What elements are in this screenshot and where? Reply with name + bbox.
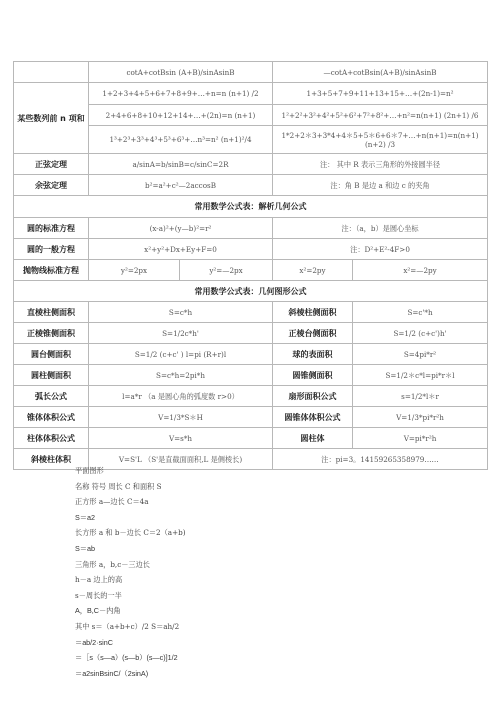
row-label: 弧长公式 <box>14 386 89 407</box>
formula-cell: V=1/3*pi*r²h <box>353 407 488 428</box>
row-label: 扇形面积公式 <box>273 386 353 407</box>
formula-cell: x²+y²+Dx+Ey+F=0 <box>89 239 273 260</box>
formula-cell: 1²+2²+3²+4²+5²+6²+7²+8²+…+n²=n(n+1) (2n+… <box>273 105 488 126</box>
note-cell: 注：（a，b）是圆心坐标 <box>273 218 488 239</box>
formula-cell: l=a*r （a 是圆心角的弧度数 r>0） <box>89 386 273 407</box>
row-label: 圆的一般方程 <box>14 239 89 260</box>
notes-line: 平面图形 <box>75 463 186 479</box>
note-cell: 注：pi=3。14159265358979…… <box>273 449 488 470</box>
table-row: 柱体体积公式 V=s*h 圆柱体 V=pi*r²h <box>14 428 488 449</box>
formula-table: cotA+cotBsin (A+B)/sinAsinB —cotA+cotBsi… <box>13 61 488 470</box>
section-title: 常用数学公式表：几何图形公式 <box>14 281 488 302</box>
formula-cell: V=pi*r²h <box>353 428 488 449</box>
row-label: 圆锥体体积公式 <box>273 407 353 428</box>
formula-cell: 1+3+5+7+9+11+13+15+…+(2n-1)=n² <box>273 83 488 105</box>
formula-cell: 1+2+3+4+5+6+7+8+9+…+n=n (n+1) /2 <box>89 83 273 105</box>
row-label: 正棱台侧面积 <box>273 323 353 344</box>
formula-cell: S=1/2c*h' <box>89 323 273 344</box>
section-header-row: 常用数学公式表：几何图形公式 <box>14 281 488 302</box>
row-label: 某些数列前 n 项和 <box>14 83 89 154</box>
formula-cell: b²=a²+c²—2accosB <box>89 175 273 196</box>
notes-line: 其中 s＝（a+b+c）/2 S＝ah/2 <box>75 619 186 635</box>
notes-line: 三角形 a，b,c－三边长 <box>75 557 186 573</box>
formula-cell: y²=—2px <box>180 260 273 281</box>
notes-line: s－周长的一半 <box>75 588 186 604</box>
notes-line: ＝ab/2·sinC <box>75 635 186 651</box>
row-label: 柱体体积公式 <box>14 428 89 449</box>
row-label: 正弦定理 <box>14 154 89 175</box>
formula-cell: 2+4+6+8+10+12+14+…+(2n)=n (n+1) <box>89 105 273 126</box>
formula-cell: S=c*h <box>89 302 273 323</box>
notes-line: ＝［s（s—a）(s—b）(s—c)]1/2 <box>75 650 186 666</box>
table-row: cotA+cotBsin (A+B)/sinAsinB —cotA+cotBsi… <box>14 62 488 83</box>
notes-line: A，B,C－内角 <box>75 603 186 619</box>
formula-cell: S=1/2 (c+c')h' <box>353 323 488 344</box>
formula-cell: V=1/3*S＊H <box>89 407 273 428</box>
note-cell: 注：角 B 是边 a 和边 c 的夹角 <box>273 175 488 196</box>
formula-cell: —cotA+cotBsin(A+B)/sinAsinB <box>273 62 488 83</box>
table-row: 某些数列前 n 项和 1+2+3+4+5+6+7+8+9+…+n=n (n+1)… <box>14 83 488 105</box>
formula-cell: S=c'*h <box>353 302 488 323</box>
formula-cell: y²=2px <box>89 260 180 281</box>
table-row: 圆的标准方程 (x-a)²+(y—b)²=r² 注：（a，b）是圆心坐标 <box>14 218 488 239</box>
row-label: 直棱柱侧面积 <box>14 302 89 323</box>
row-label: 正棱锥侧面积 <box>14 323 89 344</box>
notes-line: h－a 边上的高 <box>75 572 186 588</box>
table-row: 锥体体积公式 V=1/3*S＊H 圆锥体体积公式 V=1/3*pi*r²h <box>14 407 488 428</box>
formula-cell: s=1/2*l＊r <box>353 386 488 407</box>
table-row: 正弦定理 a/sinA=b/sinB=c/sinC=2R 注： 其中 R 表示三… <box>14 154 488 175</box>
table-row: 抛物线标准方程 y²=2px y²=—2px x²=2py x²=—2py <box>14 260 488 281</box>
formula-cell: S=4pi*r² <box>353 344 488 365</box>
formula-cell: x²=—2py <box>353 260 488 281</box>
section-title: 常用数学公式表：解析几何公式 <box>14 196 488 218</box>
formula-cell: S=1/2＊c*l=pi*r＊l <box>353 365 488 386</box>
table-row: 圆的一般方程 x²+y²+Dx+Ey+F=0 注：D²+E²-4F>0 <box>14 239 488 260</box>
notes-line: S＝ab <box>75 541 186 557</box>
notes-line: 长方形 a 和 b－边长 C＝2（a+b) <box>75 525 186 541</box>
row-label: 圆台侧面积 <box>14 344 89 365</box>
table-row: 圆柱侧面积 S=c*h=2pi*h 圆锥侧面积 S=1/2＊c*l=pi*r＊l <box>14 365 488 386</box>
row-label: 抛物线标准方程 <box>14 260 89 281</box>
table-row: 弧长公式 l=a*r （a 是圆心角的弧度数 r>0） 扇形面积公式 s=1/2… <box>14 386 488 407</box>
formula-cell: x²=2py <box>273 260 353 281</box>
formula-cell: a/sinA=b/sinB=c/sinC=2R <box>89 154 273 175</box>
formula-cell: 1*2+2＊3+3*4+4＊5+5＊6+6＊7+…+n(n+1)=n(n+1)(… <box>273 126 488 154</box>
row-label: 圆锥侧面积 <box>273 365 353 386</box>
row-label: 球的表面积 <box>273 344 353 365</box>
formula-cell: cotA+cotBsin (A+B)/sinAsinB <box>89 62 273 83</box>
note-cell: 注：D²+E²-4F>0 <box>273 239 488 260</box>
table-row: 直棱柱侧面积 S=c*h 斜棱柱侧面积 S=c'*h <box>14 302 488 323</box>
note-cell: 注： 其中 R 表示三角形的外接圆半径 <box>273 154 488 175</box>
section-header-row: 常用数学公式表：解析几何公式 <box>14 196 488 218</box>
formula-cell: 1³+2³+3³+4³+5³+6³+…n³=n² (n+1)²/4 <box>89 126 273 154</box>
row-label: 斜棱柱侧面积 <box>273 302 353 323</box>
table-row: 圆台侧面积 S=1/2 (c+c' ) l=pi (R+r)l 球的表面积 S=… <box>14 344 488 365</box>
row-label: 余弦定理 <box>14 175 89 196</box>
notes-line: 正方形 a—边长 C＝4a <box>75 494 186 510</box>
table-row: 余弦定理 b²=a²+c²—2accosB 注：角 B 是边 a 和边 c 的夹… <box>14 175 488 196</box>
notes-line: S＝a2 <box>75 510 186 526</box>
notes-line: ＝a2sinBsinC/（2sinA) <box>75 666 186 682</box>
notes-line: 名称 符号 周长 C 和面积 S <box>75 479 186 495</box>
row-label: 圆柱体 <box>273 428 353 449</box>
formula-cell: (x-a)²+(y—b)²=r² <box>89 218 273 239</box>
plane-figure-notes: 平面图形 名称 符号 周长 C 和面积 S 正方形 a—边长 C＝4a S＝a2… <box>75 463 186 681</box>
table-row: 正棱锥侧面积 S=1/2c*h' 正棱台侧面积 S=1/2 (c+c')h' <box>14 323 488 344</box>
empty-label-cell <box>14 62 89 83</box>
formula-cell: S=1/2 (c+c' ) l=pi (R+r)l <box>89 344 273 365</box>
row-label: 锥体体积公式 <box>14 407 89 428</box>
row-label: 圆柱侧面积 <box>14 365 89 386</box>
formula-cell: V=s*h <box>89 428 273 449</box>
row-label: 圆的标准方程 <box>14 218 89 239</box>
formula-cell: S=c*h=2pi*h <box>89 365 273 386</box>
